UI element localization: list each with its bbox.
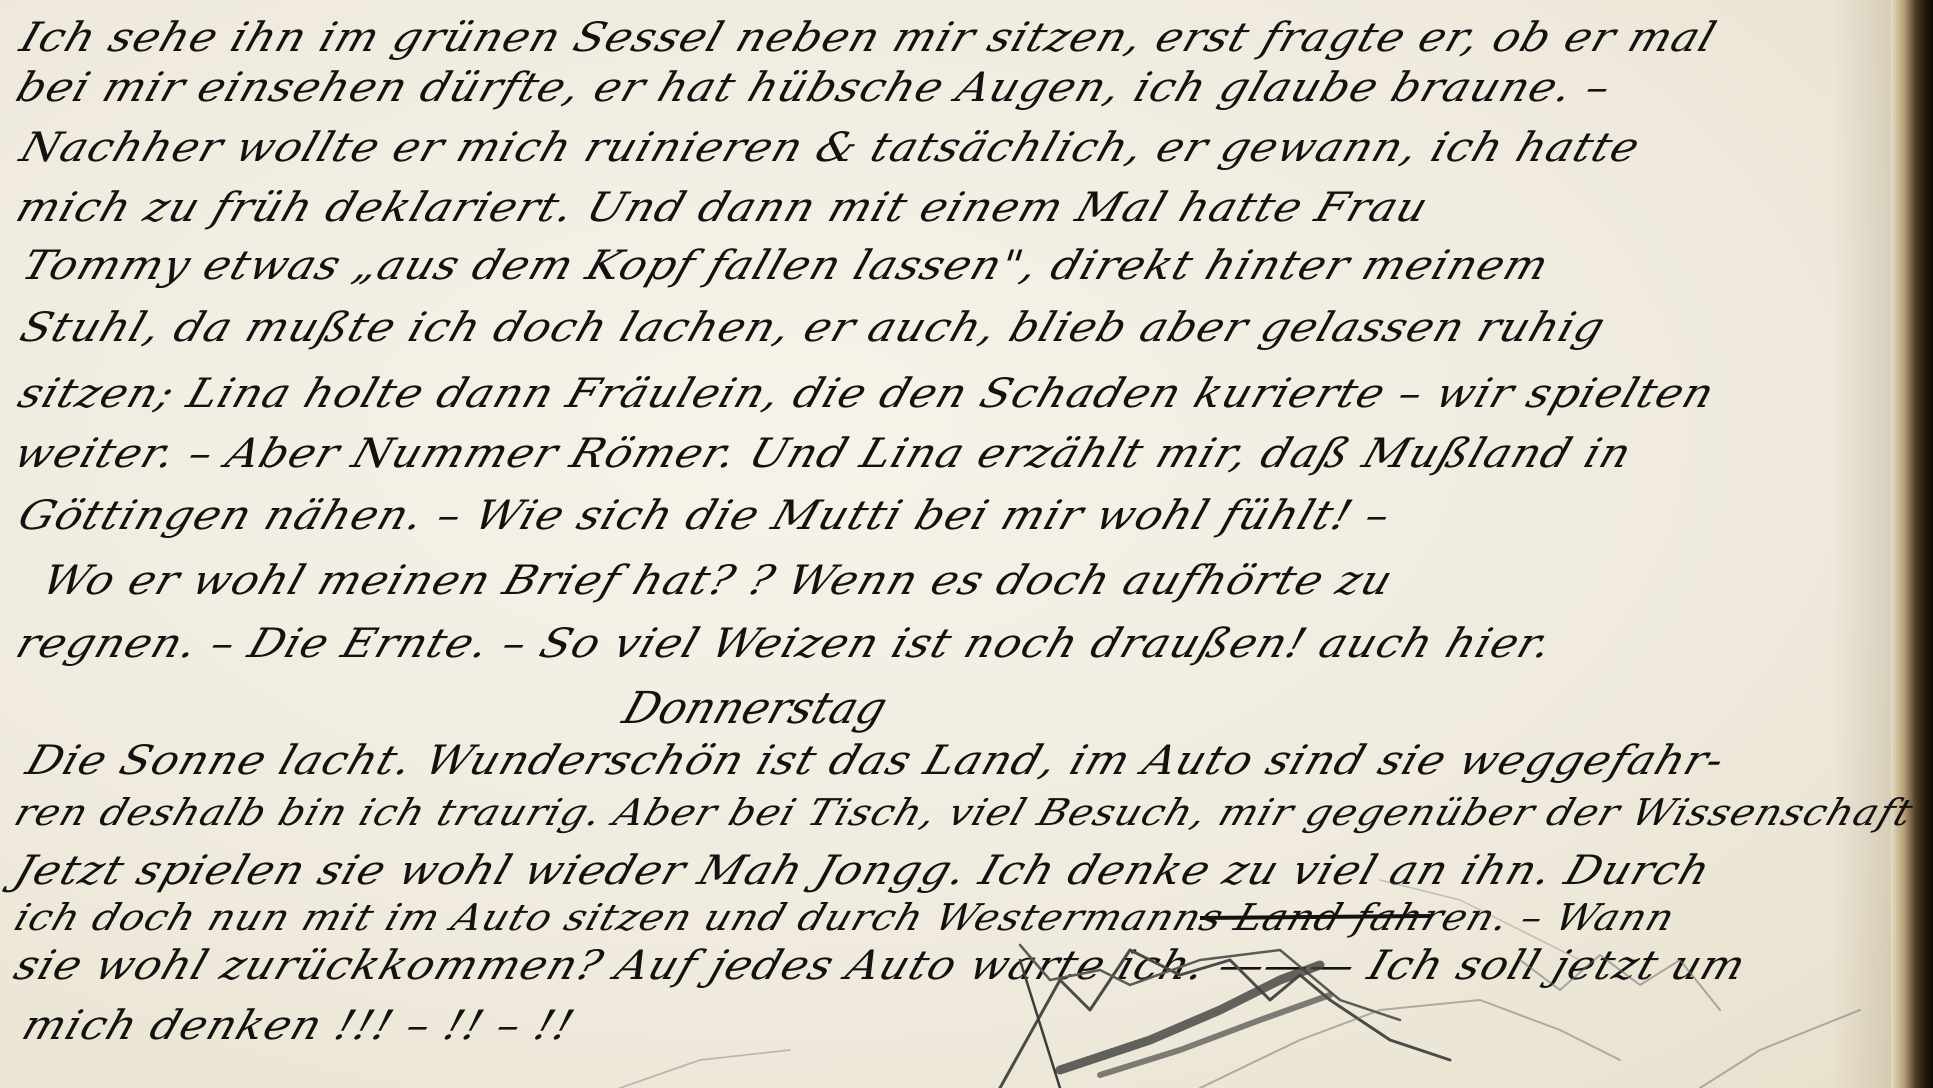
long-dash-stroke	[1200, 916, 1430, 918]
diary-page: Ich sehe ihn im grünen Sessel neben mir …	[0, 0, 1933, 1088]
pencil-mountain-sketch	[0, 0, 1933, 1088]
